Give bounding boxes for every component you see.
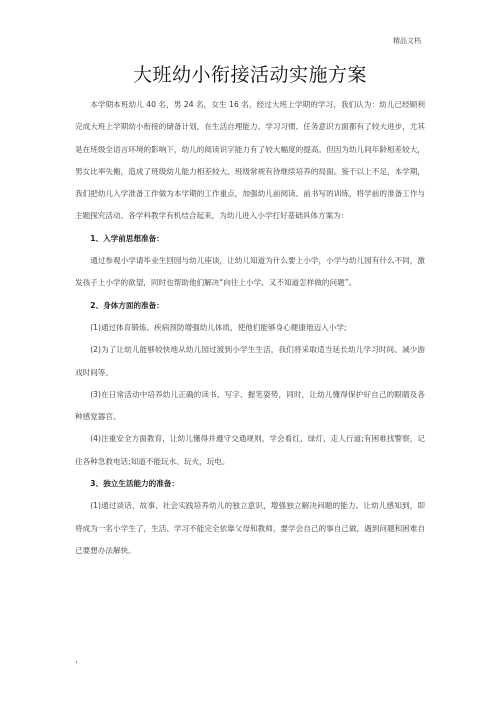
intro-paragraph: 本学期本班幼儿 40 名，男 24 名，女生 16 名，经过大班上学期的学习，我… [75, 94, 425, 228]
header-tag: 精品文档 [393, 36, 421, 46]
section-3-paragraph-1: (1)通过谈话、故事、社会实践培养幼儿的独立意识，增强独立解决问题的能力。让幼儿… [75, 495, 425, 562]
section-heading-1: 1、入学前思想准备： [75, 228, 425, 250]
section-1-paragraph-1: 通过参观小学请毕业生回园与幼儿座谈，让幼儿知道为什么要上小学，小学与幼儿园有什么… [75, 250, 425, 295]
section-2-paragraph-2: (2)为了让幼儿能够较快地从幼儿园过渡到小学生生活，我们将采取适当延长幼儿学习时… [75, 339, 425, 384]
section-heading-3: 3、独立生活能力的准备： [75, 473, 425, 495]
section-2-paragraph-4: (4)注重安全方面教育，让幼儿懂得并遵守交通规则，学会看红、绿灯，走人行道;有困… [75, 428, 425, 473]
page-mark [76, 661, 77, 663]
section-2-paragraph-3: (3)在日常活动中培养幼儿正确的读书、写字、握笔姿势，同时，让幼儿懂得保护好自己… [75, 384, 425, 429]
section-2-paragraph-1: (1)通过体育锻炼、疾病预防增强幼儿体质，使他们能够身心健康地迈入小学; [75, 317, 425, 339]
section-heading-2: 2、身体方面的准备： [75, 295, 425, 317]
document-body: 本学期本班幼儿 40 名，男 24 名，女生 16 名，经过大班上学期的学习，我… [75, 94, 425, 562]
document-title: 大班幼小衔接活动实施方案 [0, 60, 500, 87]
